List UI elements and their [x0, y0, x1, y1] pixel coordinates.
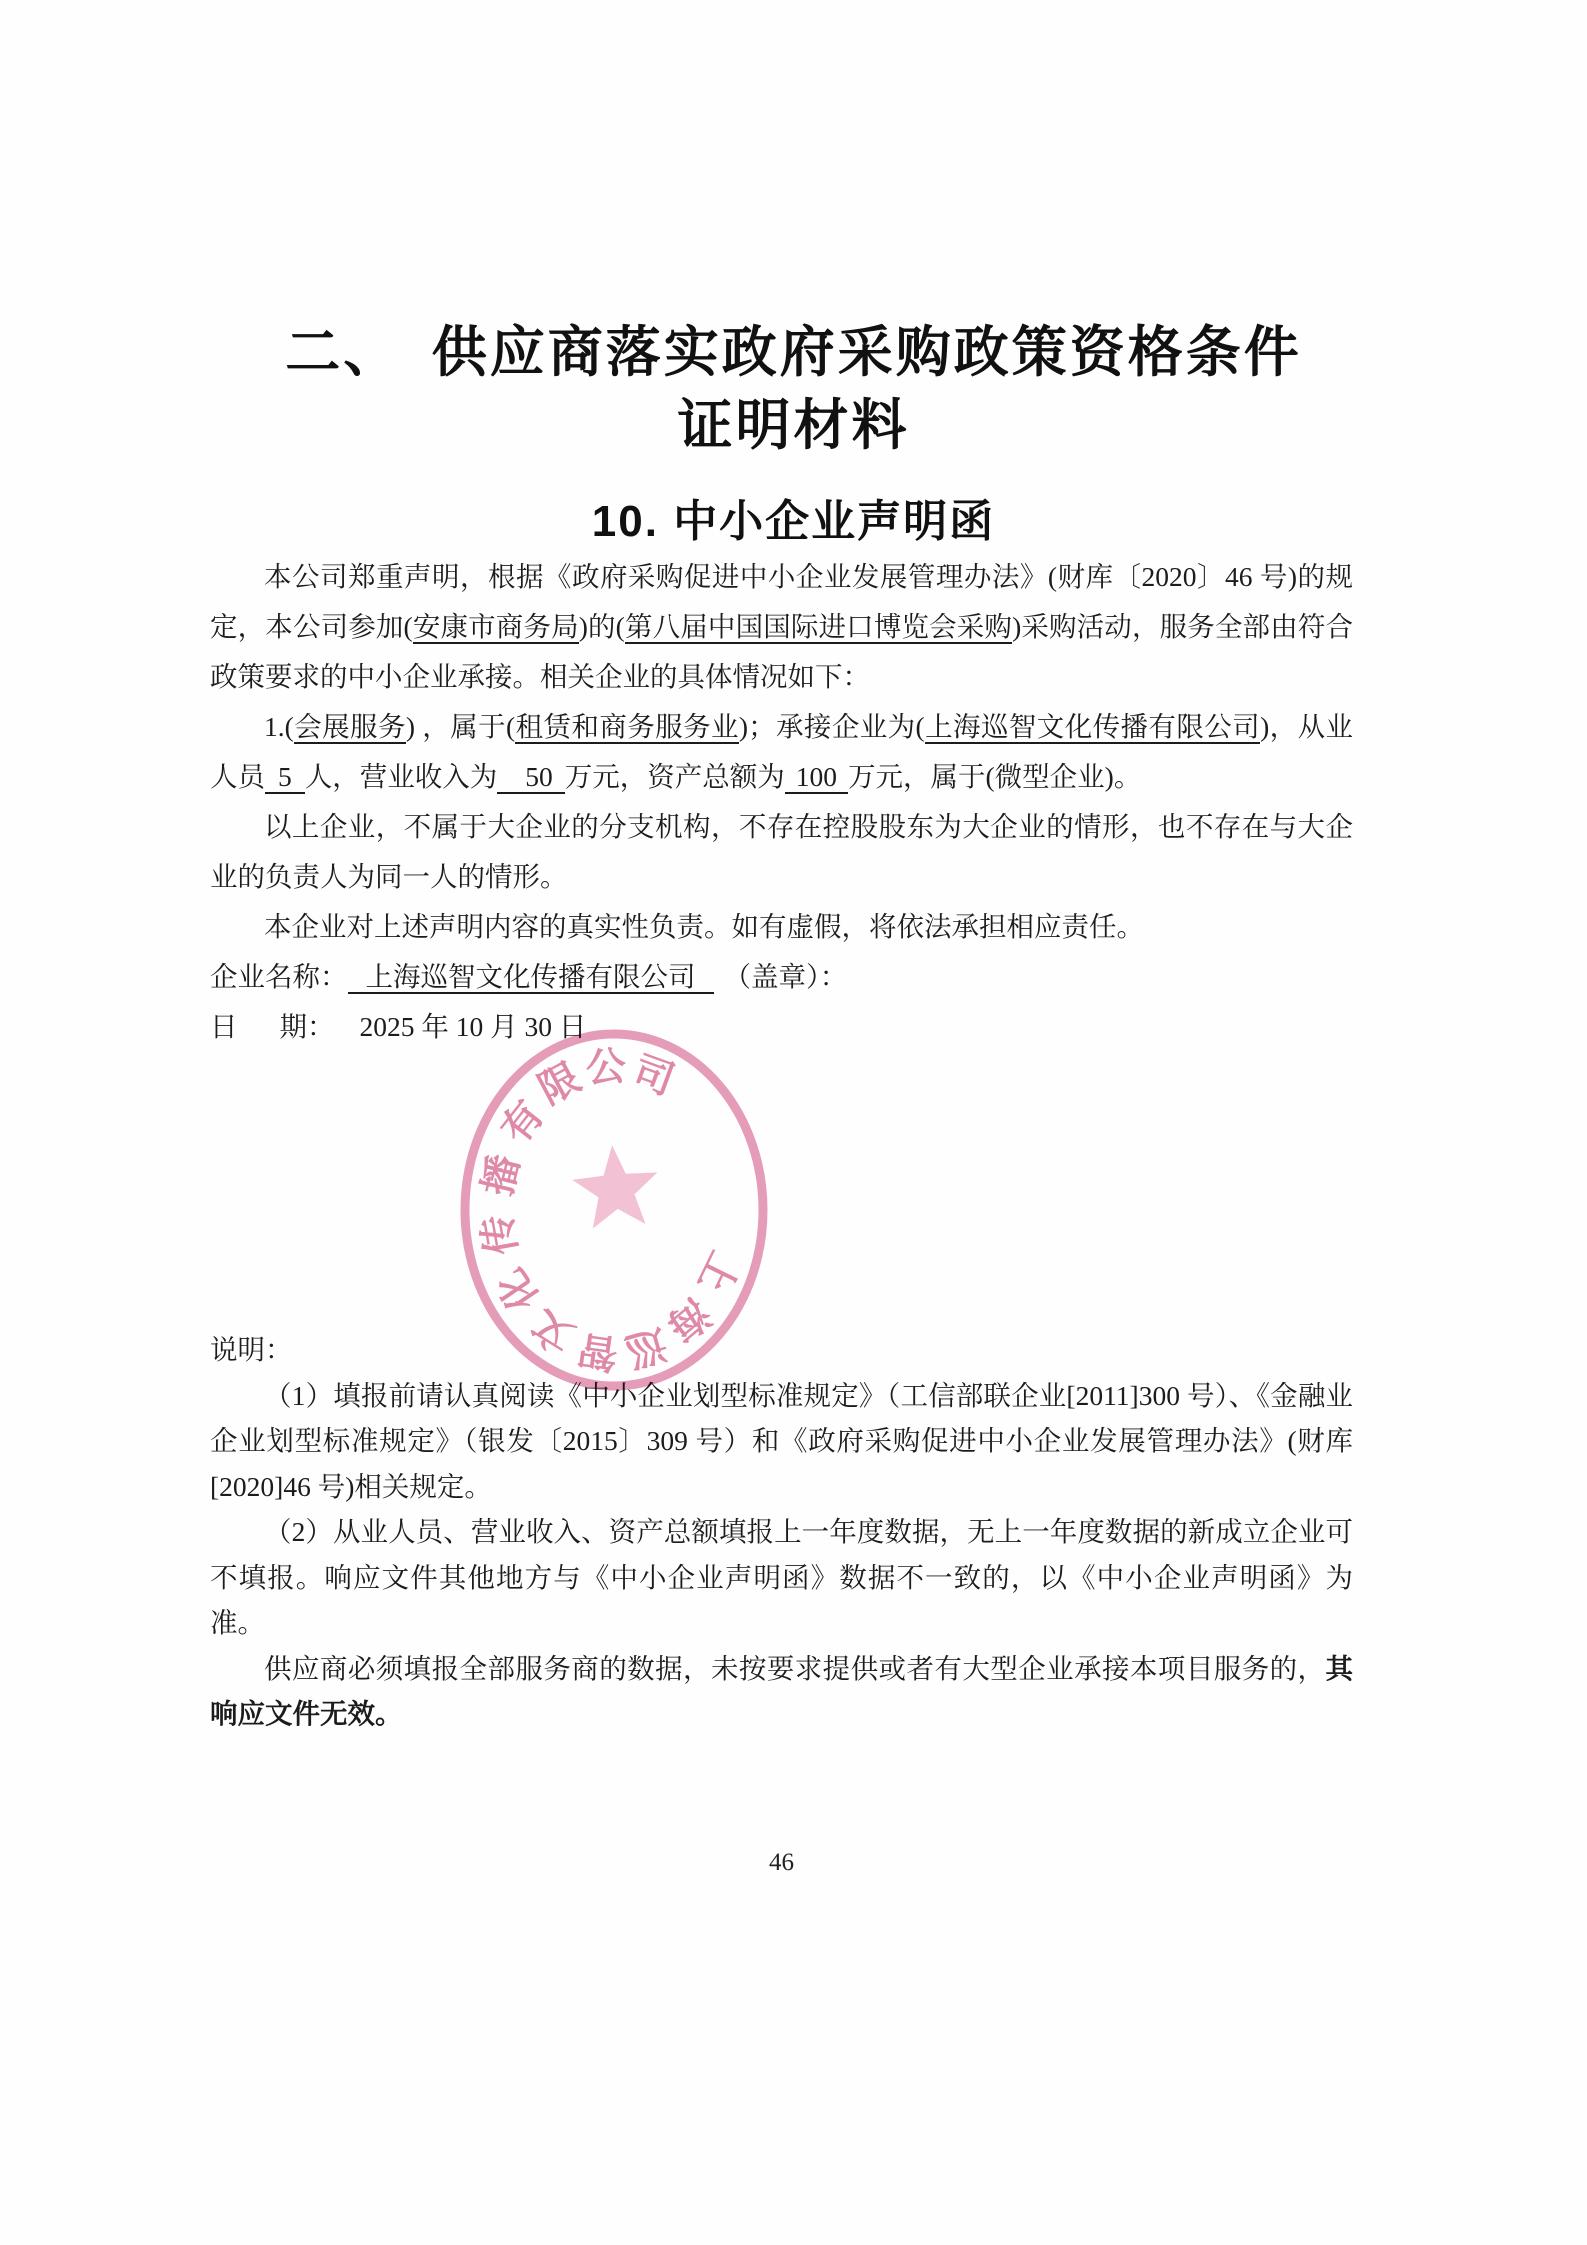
declaration-paragraph-3: 以上企业，不属于大企业的分支机构，不存在控股股东为大企业的情形，也不存在与大企业…: [210, 802, 1353, 902]
section-title-line1: 二、 供应商落实政府采购政策资格条件: [0, 316, 1587, 389]
date-line: 日期：2025 年 10 月 30 日: [210, 1002, 1353, 1052]
document-page: 二、 供应商落实政府采购政策资格条件 证明材料 10. 中小企业声明函 本公司郑…: [0, 0, 1587, 2245]
date-label-a: 日: [210, 1011, 238, 1042]
assets-blank: 100: [785, 761, 848, 794]
text-run: 万元，属于(微型企业)。: [848, 761, 1141, 792]
note-item-2: （2）从业人员、营业收入、资产总额填报上一年度数据，无上一年度数据的新成立企业可…: [210, 1509, 1353, 1646]
text-run: 供应商必须填报全部服务商的数据，未按要求提供或者有大型企业承接本项目服务的，: [264, 1653, 1326, 1684]
text-run: ) ，属于(: [406, 711, 515, 742]
company-signature-line: 企业名称：上海巡智文化传播有限公司（盖章）：: [210, 952, 1353, 1002]
note-item-1: （1）填报前请认真阅读《中小企业划型标准规定》（工信部联企业[2011]300 …: [210, 1373, 1353, 1510]
text-run: 万元，资产总额为: [565, 761, 785, 792]
service-item-underlined: 会展服务: [294, 711, 406, 744]
company-label: 企业名称：: [210, 961, 348, 992]
declaration-paragraph-4: 本企业对上述声明内容的真实性负责。如有虚假，将依法承担相应责任。: [210, 902, 1353, 952]
company-name-underlined: 上海巡智文化传播有限公司: [348, 961, 714, 994]
undertaking-company-underlined: 上海巡智文化传播有限公司: [925, 711, 1260, 744]
staff-count-blank: 5: [265, 761, 305, 794]
industry-underlined: 租赁和商务服务业: [515, 711, 739, 744]
declaration-paragraph-1: 本公司郑重声明，根据《政府采购促进中小企业发展管理办法》(财库〔2020〕46 …: [210, 552, 1353, 702]
declaration-body: 本公司郑重声明，根据《政府采购促进中小企业发展管理办法》(财库〔2020〕46 …: [0, 552, 1587, 1880]
note-item-3: 供应商必须填报全部服务商的数据，未按要求提供或者有大型企业承接本项目服务的，其响…: [210, 1646, 1353, 1737]
form-title: 10. 中小企业声明函: [0, 492, 1587, 552]
notes-heading: 说明：: [210, 1327, 1353, 1373]
section-title-line2: 证明材料: [0, 389, 1587, 462]
text-run: 人，营业收入为: [305, 761, 498, 792]
date-value: 2025 年 10 月 30 日: [360, 1011, 587, 1042]
date-label-b: 期：: [280, 1011, 335, 1042]
revenue-blank: 50: [497, 761, 565, 794]
text-run: )的(: [579, 611, 625, 642]
section-title: 二、 供应商落实政府采购政策资格条件 证明材料: [0, 0, 1587, 462]
declaration-paragraph-2: 1.(会展服务) ，属于(租赁和商务服务业)；承接企业为(上海巡智文化传播有限公…: [210, 702, 1353, 802]
seal-suffix: （盖章）：: [724, 961, 848, 992]
project-name-underlined: 第八届中国国际进口博览会采购: [625, 611, 1012, 644]
page-number: 46: [210, 1846, 1353, 1880]
text-run: )；承接企业为(: [739, 711, 925, 742]
text-run: 1.(: [264, 711, 294, 742]
purchaser-name-underlined: 安康市商务局: [413, 611, 579, 644]
notes-section: 说明： （1）填报前请认真阅读《中小企业划型标准规定》（工信部联企业[2011]…: [210, 1327, 1353, 1737]
